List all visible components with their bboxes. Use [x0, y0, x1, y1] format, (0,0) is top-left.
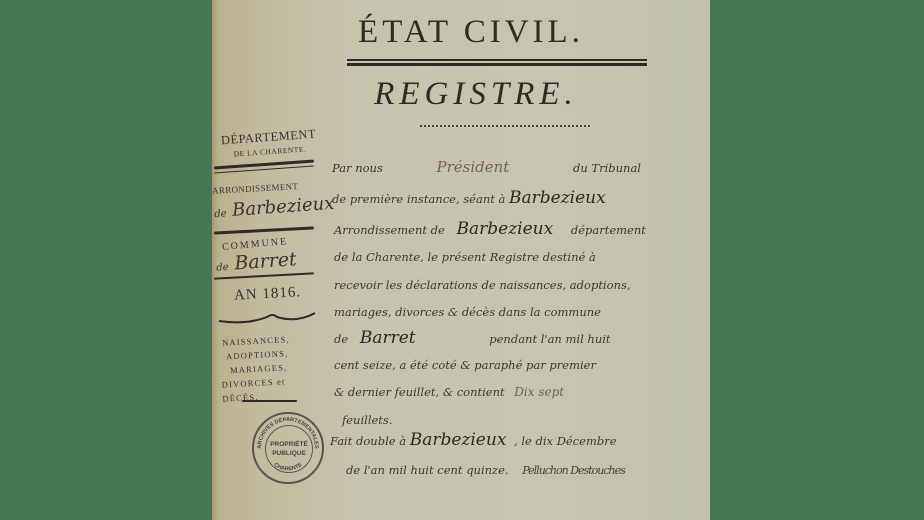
stamp-center: PROPRIÉTÉ PUBLIQUE: [265, 425, 313, 473]
subtitle-dotted-rule: [420, 125, 590, 127]
body-line-3: Arrondissement de Barbezieux département: [334, 219, 646, 239]
document-subtitle: REGISTRE.: [212, 76, 710, 113]
body-line-12: de l'an mil huit cent quinze. Pelluchon …: [346, 463, 625, 477]
register-page: ÉTAT CIVIL. REGISTRE. DÉPARTEMENT DE LA …: [212, 0, 710, 520]
filled-seat: Barbezieux: [509, 188, 606, 208]
commune-value: Barret: [234, 248, 298, 274]
signature: Pelluchon Destouches: [522, 464, 625, 477]
arrondissement-label: ARRONDISSEMENT: [212, 180, 317, 195]
filled-title: Président: [437, 158, 510, 176]
arrondissement-prefix: de: [214, 208, 227, 220]
filled-place: Barbezieux: [410, 430, 507, 450]
margin-rule: [242, 400, 297, 402]
body-line-8: cent seize, a été coté & paraphé par pre…: [334, 358, 596, 372]
act-types-list: NAISSANCES, ADOPTIONS, MARIAGES, DIVORCE…: [222, 333, 322, 403]
arrondissement-field: de Barbezieux: [213, 193, 335, 222]
stamp-line-1: PROPRIÉTÉ: [270, 440, 308, 449]
arrondissement-value: Barbezieux: [231, 193, 335, 221]
body-line-1: Par nous Président du Tribunal: [332, 158, 641, 176]
body-line-9: & dernier feuillet, & contient Dix sept: [334, 385, 564, 399]
body-line-2: de première instance, séant à Barbezieux: [332, 188, 606, 208]
commune-prefix: de: [216, 262, 229, 274]
stamp-line-2: PUBLIQUE: [272, 449, 306, 458]
body-line-4: de la Charente, le présent Registre dest…: [334, 250, 596, 264]
body-line-10: feuillets.: [342, 413, 393, 427]
body-line-5: recevoir les déclarations de naissances,…: [334, 278, 631, 292]
filled-page-count: Dix sept: [514, 385, 564, 399]
body-line-7: de Barret pendant l'an mil huit: [334, 328, 611, 348]
commune-field: de Barret: [215, 248, 297, 276]
filled-commune: Barret: [360, 328, 416, 348]
archives-stamp: ARCHIVES DÉPARTEMENTALES CHARENTE PROPRI…: [252, 412, 324, 484]
margin-rule: [214, 226, 314, 234]
body-line-6: mariages, divorces & décès dans la commu…: [334, 305, 601, 319]
document-title: ÉTAT CIVIL.: [212, 14, 710, 51]
body-line-11: Fait double à Barbezieux , le dix Décemb…: [330, 430, 617, 450]
year-label: AN 1816.: [234, 284, 302, 304]
filled-arrondissement: Barbezieux: [457, 219, 554, 239]
swash-ornament: [217, 311, 317, 325]
title-double-rule: [347, 59, 647, 66]
